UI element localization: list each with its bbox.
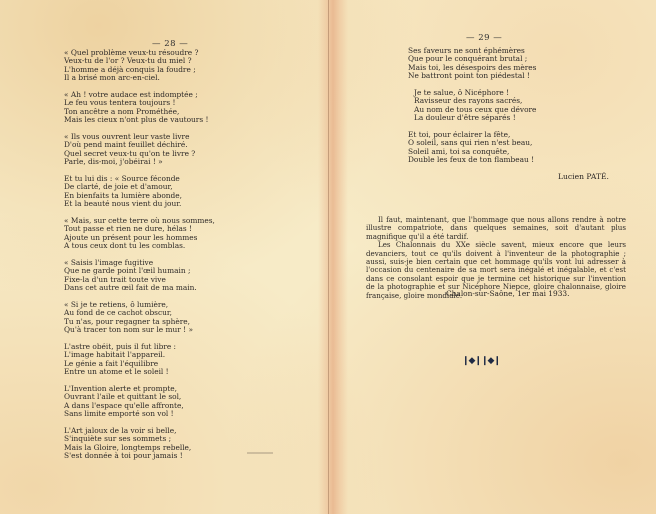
verse-line: Parle, dis-moi, j'obéirai ! »: [64, 158, 195, 166]
author-signature: Lucien PATÉ.: [558, 172, 609, 181]
stanza: L'Invention alerte et prompte,Ouvrant l'…: [64, 385, 184, 418]
stanza: Et tu lui dis : « Source fécondeDe clart…: [64, 175, 182, 208]
place-date: Chalon-sur-Saône, 1er mai 1933.: [446, 289, 569, 298]
verse-line: La douleur d'être séparés !: [414, 114, 536, 122]
stanza: « Ils vous ouvrent leur vaste livreD'où …: [64, 133, 195, 166]
ink-smudge: [247, 452, 273, 454]
verse-line: Dans cet autre œil fait de ma main.: [64, 284, 197, 292]
verse-line: S'est donnée à toi pour jamais !: [64, 452, 191, 460]
verse-line: Ne battront point ton piédestal !: [408, 72, 536, 80]
page-number: — 29 —: [466, 33, 502, 43]
stanza: « Ah ! votre audace est indomptée ;Le fe…: [64, 91, 208, 124]
verse-line: Sans limite emporté son vol !: [64, 410, 184, 418]
verse-line: Qu'à tracer ton nom sur le mur ! »: [64, 326, 193, 334]
verse-line: Double les feux de ton flambeau !: [408, 156, 534, 164]
stanza: « Saisis l'image fugitiveQue ne garde po…: [64, 259, 197, 292]
left-page: — 28 — « Quel problème veux-tu résoudre …: [0, 0, 328, 514]
prose-block: Il faut, maintenant, que l'hommage que n…: [366, 216, 626, 300]
verse-line: Entre un atome et le soleil !: [64, 368, 176, 376]
verse-line: Il a brisé mon arc-en-ciel.: [64, 74, 198, 82]
verse-line: Mais les cieux n'ont plus de vautours !: [64, 116, 208, 124]
stanza: Ses faveurs ne sont éphémèresQue pour le…: [408, 47, 536, 80]
paragraph: Il faut, maintenant, que l'hommage que n…: [366, 216, 626, 241]
stanza: Et toi, pour éclairer la fête,O soleil, …: [408, 131, 534, 164]
verse-line: Et la beauté nous vient du jour.: [64, 200, 182, 208]
book-spread: — 28 — « Quel problème veux-tu résoudre …: [0, 0, 656, 514]
stanza: « Quel problème veux-tu résoudre ?Veux-t…: [64, 49, 198, 82]
right-page: — 29 — Ses faveurs ne sont éphémèresQue …: [328, 0, 656, 514]
stanza: « Mais, sur cette terre où nous sommes,T…: [64, 217, 215, 250]
stanza: L'astre obéit, puis il fut libre :L'imag…: [64, 343, 176, 376]
stanza: L'Art jaloux de la voir si belle,S'inqui…: [64, 427, 191, 460]
stanza: « Si je te retiens, ô lumière,Au fond de…: [64, 301, 193, 334]
verse-line: A tous ceux dont tu les comblas.: [64, 242, 215, 250]
printers-ornament-icon: ❙◆❙❙◆❙: [462, 356, 500, 366]
stanza: Je te salue, ô Nicéphore !Ravisseur des …: [414, 89, 536, 122]
